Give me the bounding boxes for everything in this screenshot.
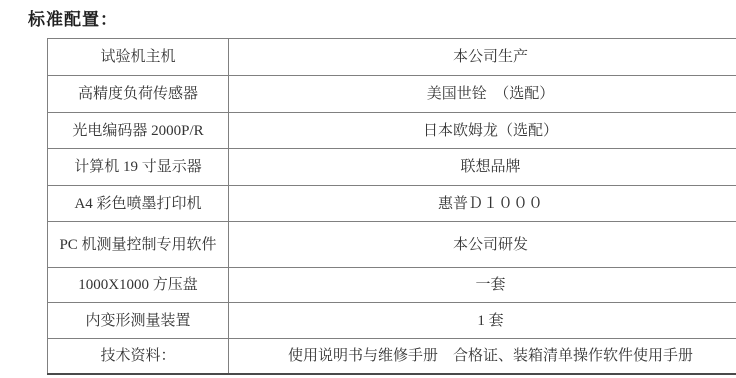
config-item-label: 技术资料： bbox=[48, 339, 229, 374]
table-row: 内变形测量装置 1 套 bbox=[48, 303, 736, 339]
table-row: PC 机测量控制专用软件 本公司研发 bbox=[48, 222, 736, 268]
standard-config-table: 试验机主机 本公司生产 高精度负荷传感器 美国世铨 （选配） 光电编码器 200… bbox=[47, 38, 736, 375]
config-item-label: 内变形测量装置 bbox=[48, 303, 229, 339]
config-item-label: 光电编码器 2000P/R bbox=[48, 113, 229, 149]
page-title: 标准配置： bbox=[28, 5, 736, 30]
config-item-label: A4 彩色喷墨打印机 bbox=[48, 186, 229, 222]
table-row: 高精度负荷传感器 美国世铨 （选配） bbox=[48, 76, 736, 113]
table-row: 计算机 19 寸显示器 联想品牌 bbox=[48, 149, 736, 186]
config-item-value: 1 套 bbox=[229, 303, 736, 339]
config-item-value: 美国世铨 （选配） bbox=[229, 76, 736, 113]
config-item-label: 试验机主机 bbox=[48, 39, 229, 76]
config-item-label: 1000X1000 方压盘 bbox=[48, 268, 229, 303]
table-row: 光电编码器 2000P/R 日本欧姆龙（选配） bbox=[48, 113, 736, 149]
table-row: A4 彩色喷墨打印机 惠普Ｄ１０００ bbox=[48, 186, 736, 222]
config-item-label: PC 机测量控制专用软件 bbox=[48, 222, 229, 268]
config-item-value: 使用说明书与维修手册 合格证、装箱清单操作软件使用手册 bbox=[229, 339, 736, 374]
config-item-label: 高精度负荷传感器 bbox=[48, 76, 229, 113]
config-item-value: 惠普Ｄ１０００ bbox=[229, 186, 736, 222]
config-item-value: 本公司研发 bbox=[229, 222, 736, 268]
config-item-value: 本公司生产 bbox=[229, 39, 736, 76]
table-row: 1000X1000 方压盘 一套 bbox=[48, 268, 736, 303]
config-item-value: 一套 bbox=[229, 268, 736, 303]
config-item-label: 计算机 19 寸显示器 bbox=[48, 149, 229, 186]
config-item-value: 联想品牌 bbox=[229, 149, 736, 186]
table-row: 技术资料： 使用说明书与维修手册 合格证、装箱清单操作软件使用手册 bbox=[48, 339, 736, 374]
table-row: 试验机主机 本公司生产 bbox=[48, 39, 736, 76]
config-item-value: 日本欧姆龙（选配） bbox=[229, 113, 736, 149]
